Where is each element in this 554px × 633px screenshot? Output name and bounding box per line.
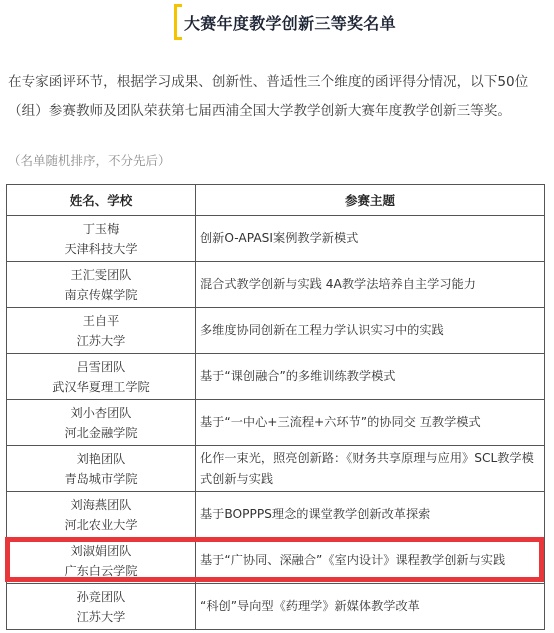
school-name: 河北农业大学 [7,515,195,535]
table-row-highlighted: 刘淑娟团队广东白云学院 基于“广协同、深融合”《室内设计》课程教学创新与实践 [7,538,545,584]
name-cell: 刘艳团队青岛城市学院 [7,446,196,492]
topic-cell: “科创”导向型《药理学》新媒体教学改革 [196,584,545,630]
entrant-name: 吕雪团队 [7,357,195,377]
name-cell: 王自平江苏大学 [7,308,196,354]
name-cell: 刘小杏团队河北金融学院 [7,400,196,446]
name-cell: 吕雪团队武汉华夏理工学院 [7,354,196,400]
topic-cell: 基于BOPPPS理念的课堂教学创新改革探索 [196,492,545,538]
header-topic: 参赛主题 [196,185,545,216]
name-cell: 刘淑娟团队广东白云学院 [7,538,196,584]
school-name: 天津科技大学 [7,239,195,259]
name-cell: 刘海燕团队河北农业大学 [7,492,196,538]
page-title: 大赛年度教学创新三等奖名单 [184,11,396,34]
topic-cell: 基于“广协同、深融合”《室内设计》课程教学创新与实践 [196,538,545,584]
order-note: （名单随机排序，不分先后） [8,151,171,169]
table-row: 刘海燕团队河北农业大学 基于BOPPPS理念的课堂教学创新改革探索 [7,492,545,538]
table-row: 孙竞团队江苏大学 “科创”导向型《药理学》新媒体教学改革 [7,584,545,630]
topic-cell: 创新O-APASI案例教学新模式 [196,216,545,262]
entrant-name: 刘淑娟团队 [7,541,195,561]
awards-table: 姓名、学校 参赛主题 丁玉梅天津科技大学 创新O-APASI案例教学新模式 王汇… [6,184,545,630]
table-row: 丁玉梅天津科技大学 创新O-APASI案例教学新模式 [7,216,545,262]
table-row: 刘小杏团队河北金融学院 基于“一中心+三流程+六环节”的协同交 互教学模式 [7,400,545,446]
school-name: 南京传媒学院 [7,285,195,305]
entrant-name: 刘海燕团队 [7,495,195,515]
topic-cell: 化作一束光，照亮创新路：《财务共享原理与应用》SCL教学模式创新与实践 [196,446,545,492]
entrant-name: 刘艳团队 [7,449,195,469]
topic-cell: 基于“课创融合”的多维训练教学模式 [196,354,545,400]
name-cell: 丁玉梅天津科技大学 [7,216,196,262]
entrant-name: 王自平 [7,311,195,331]
table-row: 王自平江苏大学 多维度协同创新在工程力学认识实习中的实践 [7,308,545,354]
school-name: 江苏大学 [7,607,195,627]
header-name-school: 姓名、学校 [7,185,196,216]
school-name: 广东白云学院 [7,561,195,581]
entrant-name: 孙竞团队 [7,587,195,607]
school-name: 青岛城市学院 [7,469,195,489]
table-header-row: 姓名、学校 参赛主题 [7,185,545,216]
table-row: 王汇雯团队南京传媒学院 混合式教学创新与实践 4A教学法培养自主学习能力 [7,262,545,308]
entrant-name: 丁玉梅 [7,219,195,239]
topic-cell: 多维度协同创新在工程力学认识实习中的实践 [196,308,545,354]
entrant-name: 刘小杏团队 [7,403,195,423]
title-bracket-decoration [174,4,182,40]
table-row: 吕雪团队武汉华夏理工学院 基于“课创融合”的多维训练教学模式 [7,354,545,400]
name-cell: 王汇雯团队南京传媒学院 [7,262,196,308]
topic-cell: 混合式教学创新与实践 4A教学法培养自主学习能力 [196,262,545,308]
topic-cell: 基于“一中心+三流程+六环节”的协同交 互教学模式 [196,400,545,446]
school-name: 河北金融学院 [7,423,195,443]
school-name: 武汉华夏理工学院 [7,377,195,397]
intro-paragraph: 在专家函评环节，根据学习成果、创新性、普适性三个维度的函评得分情况，以下50位（… [8,68,548,126]
table-row: 刘艳团队青岛城市学院 化作一束光，照亮创新路：《财务共享原理与应用》SCL教学模… [7,446,545,492]
entrant-name: 王汇雯团队 [7,265,195,285]
school-name: 江苏大学 [7,331,195,351]
name-cell: 孙竞团队江苏大学 [7,584,196,630]
